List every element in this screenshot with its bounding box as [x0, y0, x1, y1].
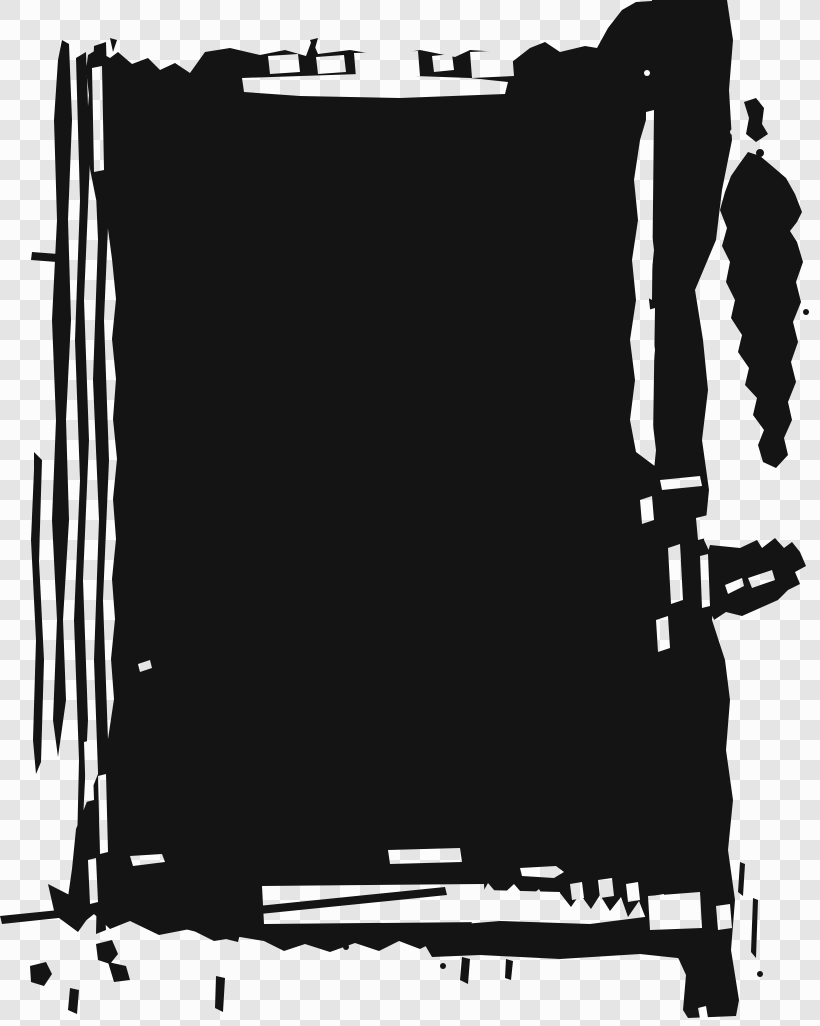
splat-dot-a: [756, 149, 764, 157]
splat-tl: [110, 38, 117, 52]
main-mass: [66, 0, 714, 952]
left-streak-short: [31, 452, 44, 774]
right-blob: [720, 152, 803, 468]
left-streak-long: [52, 40, 72, 757]
drip-bottom-1: [460, 957, 470, 984]
left-tick: [31, 252, 58, 262]
drip-right-2: [751, 898, 758, 958]
splat-top-right: [744, 98, 768, 142]
drip-right-dot: [757, 971, 763, 977]
splat-dot-e: [175, 773, 181, 779]
splat-bl-5: [215, 976, 225, 1012]
right-arm: [705, 538, 806, 620]
left-streak-mid: [74, 52, 90, 898]
transparency-checkerboard: [0, 0, 820, 1026]
splat-bl-3: [108, 962, 130, 982]
splat-bl-4: [68, 988, 79, 1014]
splat-dot-b: [803, 309, 809, 315]
splat-bl-1: [30, 962, 52, 986]
grunge-frame-artwork: [0, 0, 820, 1026]
drip-bottom-2: [505, 959, 513, 980]
drip-right-1: [738, 862, 745, 896]
splat-bl-2: [96, 940, 118, 964]
ink-layer: [0, 0, 809, 1018]
splat-dot-c: [343, 944, 349, 950]
splat-dot-d: [440, 963, 446, 969]
